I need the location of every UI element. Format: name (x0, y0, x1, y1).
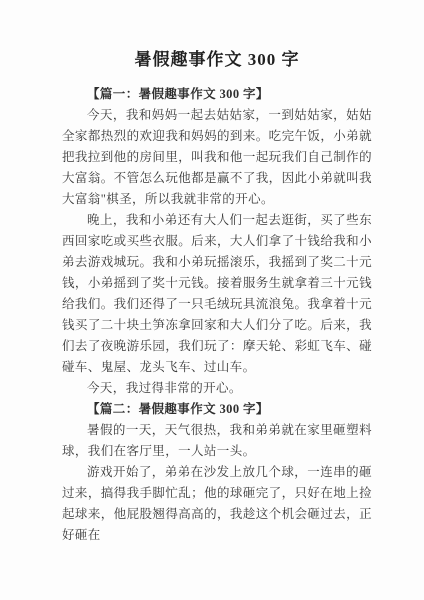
document-page: 暑假趣事作文 300 字 【篇一：暑假趣事作文 300 字】 今天，我和妈妈一起… (0, 0, 424, 600)
essay-section-2: 【篇二：暑假趣事作文 300 字】 暑假的一天，天气很热，我和弟弟就在家里砸塑料… (62, 399, 372, 546)
document-title: 暑假趣事作文 300 字 (62, 48, 372, 72)
section-1-paragraph-2: 晚上，我和小弟还有大人们一起去逛街，买了些东西回家吃或买些衣服。后来，大人们拿了… (62, 210, 372, 378)
essay-section-1: 【篇一：暑假趣事作文 300 字】 今天，我和妈妈一起去姑姑家，一到姑姑家，姑姑… (62, 84, 372, 399)
section-1-heading: 【篇一：暑假趣事作文 300 字】 (62, 84, 372, 105)
section-2-heading: 【篇二：暑假趣事作文 300 字】 (62, 399, 372, 420)
section-2-paragraph-2: 游戏开始了，弟弟在沙发上放几个球，一连串的砸过来，搞得我手脚忙乱；他的球砸完了，… (62, 462, 372, 546)
section-1-paragraph-3: 今天，我过得非常的开心。 (62, 378, 372, 399)
section-1-paragraph-1: 今天，我和妈妈一起去姑姑家，一到姑姑家，姑姑全家都热烈的欢迎我和妈妈的到来。吃完… (62, 105, 372, 210)
section-2-paragraph-1: 暑假的一天，天气很热，我和弟弟就在家里砸塑料球，我们在客厅里，一人站一头。 (62, 420, 372, 462)
